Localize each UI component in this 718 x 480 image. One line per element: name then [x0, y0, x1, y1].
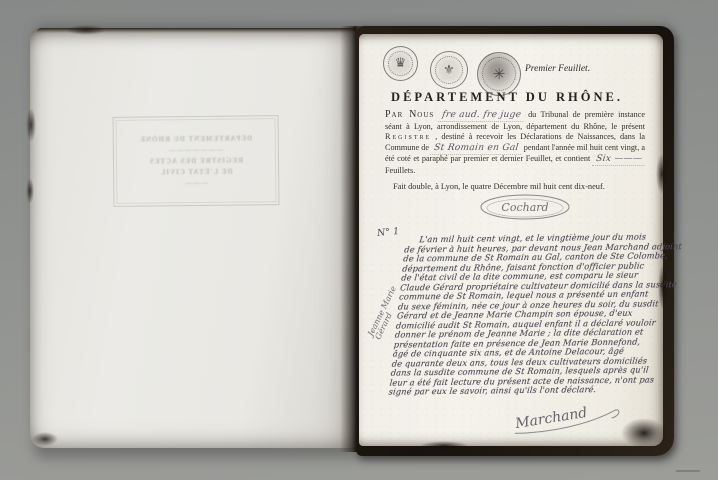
seal-star-icon: ✳: [493, 67, 506, 82]
handwritten-act-body: L'an mil huit cent vingt, et le vingtièm…: [388, 232, 652, 397]
right-page-dark-edges: ♛ ⚜ ✳ Premier Feuillet. DÉPARTEMENT DU R…: [356, 26, 674, 456]
showthrough-text-line: DÉPARTEMENT DU RHÔNE: [139, 134, 252, 143]
showthrough-text-line: REGISTRE DES ACTES: [149, 157, 243, 166]
page-edge-stain: [26, 108, 36, 142]
page-title: DÉPARTEMENT DU RHÔNE.: [359, 90, 655, 105]
folio-count-handwritten: Six ———: [592, 154, 646, 166]
page-edge-stain: [66, 25, 106, 35]
registre-word: Registre: [385, 132, 431, 141]
burnt-corner-stain: [621, 418, 667, 448]
officer-signature: Marchand: [505, 389, 629, 445]
timbre-royal-stamp-icon: ⚜: [430, 51, 468, 89]
page-edge-stain: [658, 264, 668, 310]
folio-label: Premier Feuillet.: [525, 64, 590, 74]
svg-text:Cochard: Cochard: [501, 201, 548, 214]
printed-showthrough-box: DÉPARTEMENT DU RHÔNE———————REGISTRE DES …: [113, 115, 280, 207]
act-number: N° 1: [376, 226, 399, 239]
page-edge-stain: [26, 178, 34, 204]
page-edge-stain: [419, 441, 469, 451]
par-nous-label: Par Nous: [385, 109, 434, 120]
commune-handwritten-name: St Romain en Gal: [430, 143, 522, 155]
showthrough-text-line: DE L'ÉTAT CIVIL: [160, 168, 233, 177]
background-scratch-mark: [676, 470, 700, 472]
right-page-paper: ♛ ⚜ ✳ Premier Feuillet. DÉPARTEMENT DU R…: [359, 34, 663, 446]
left-blank-page: DÉPARTEMENT DU RHÔNE———————REGISTRE DES …: [30, 28, 356, 448]
preamble-text: Feuillets.: [385, 166, 415, 175]
crown-icon: ♛: [395, 57, 407, 70]
showthrough-text-line: ———: [184, 179, 208, 187]
fait-double-line: Fait double, à Lyon, le quatre Décembre …: [393, 182, 605, 191]
scanned-register-photo: DÉPARTEMENT DU RHÔNE———————REGISTRE DES …: [0, 0, 718, 480]
magistrate-handwritten-name: fre aud. fre juge: [438, 110, 525, 122]
crown-seal-stamp-icon: ♛: [383, 46, 418, 81]
printed-preamble: Par Nous fre aud. fre juge du Tribunal d…: [385, 110, 645, 177]
page-edge-stain: [32, 432, 58, 446]
page-edge-stain: [656, 154, 668, 194]
judge-paraph-signature: Cochard: [477, 192, 573, 224]
svg-text:Marchand: Marchand: [513, 405, 588, 432]
fleur-de-lis-icon: ⚜: [443, 64, 455, 77]
showthrough-text-line: ———————: [168, 146, 224, 155]
